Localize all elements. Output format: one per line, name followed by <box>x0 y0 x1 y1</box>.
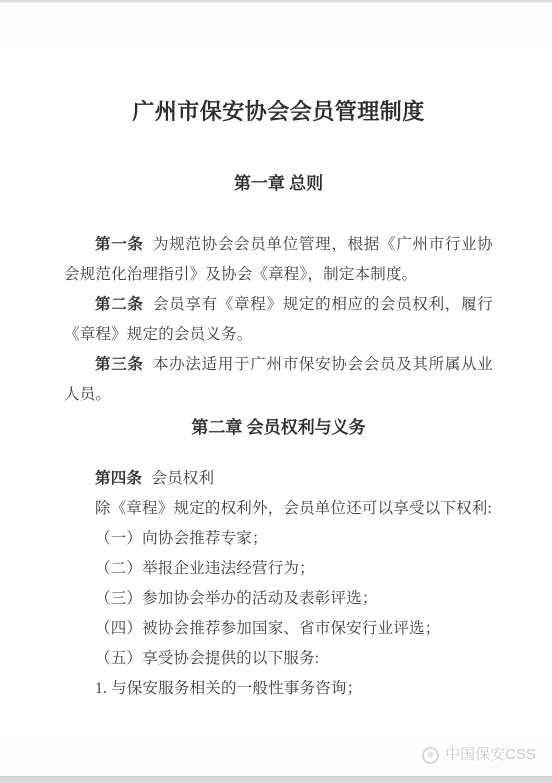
article-1-label: 第一条 <box>95 236 144 253</box>
rights-item-3: （三）参加协会举办的活动及表彰评选； <box>64 584 493 614</box>
chapter-1-heading: 第一章 总则 <box>64 172 493 196</box>
watermark: 中国保安CSS <box>422 745 536 765</box>
chapter-2-body: 第四条会员权利 除《章程》规定的权利外，会员单位还可以享受以下权利: （一）向协… <box>64 464 493 704</box>
article-2-label: 第二条 <box>95 296 144 313</box>
rights-item-4: （四）被协会推荐参加国家、省市保安行业评选； <box>64 614 493 644</box>
document-content: 广州市保安协会会员管理制度 第一章 总则 第一条为规范协会会员单位管理，根据《广… <box>0 0 552 704</box>
page-bottom-edge <box>0 776 552 783</box>
document-title: 广州市保安协会会员管理制度 <box>64 96 493 128</box>
chapter-2-heading: 第二章 会员权利与义务 <box>64 416 493 440</box>
association-emblem-icon <box>422 747 439 764</box>
article-4-text: 会员权利 <box>151 470 214 487</box>
page-top-edge <box>0 0 552 3</box>
rights-item-1: （一）向协会推荐专家； <box>64 524 493 554</box>
article-2: 第二条会员享有《章程》规定的相应的会员权利，履行《章程》规定的会员义务。 <box>64 290 493 350</box>
article-3: 第三条本办法适用于广州市保安协会会员及其所属从业人员。 <box>64 350 493 410</box>
article-4: 第四条会员权利 <box>64 464 493 494</box>
article-4-label: 第四条 <box>95 470 142 487</box>
rights-item-2: （二）举报企业违法经营行为； <box>64 554 493 584</box>
watermark-text: 中国保安CSS <box>445 745 536 765</box>
rights-item-5: （五）享受协会提供的以下服务: <box>64 644 493 674</box>
rights-intro: 除《章程》规定的权利外，会员单位还可以享受以下权利: <box>64 494 493 524</box>
article-1: 第一条为规范协会会员单位管理，根据《广州市行业协会规范化治理指引》及协会《章程》… <box>64 230 493 290</box>
article-3-label: 第三条 <box>95 356 144 373</box>
document-page: 广州市保安协会会员管理制度 第一章 总则 第一条为规范协会会员单位管理，根据《广… <box>0 0 552 783</box>
service-subitem-1: 1. 与保安服务相关的一般性事务咨询； <box>64 674 493 704</box>
chapter-1-body: 第一条为规范协会会员单位管理，根据《广州市行业协会规范化治理指引》及协会《章程》… <box>64 230 493 410</box>
